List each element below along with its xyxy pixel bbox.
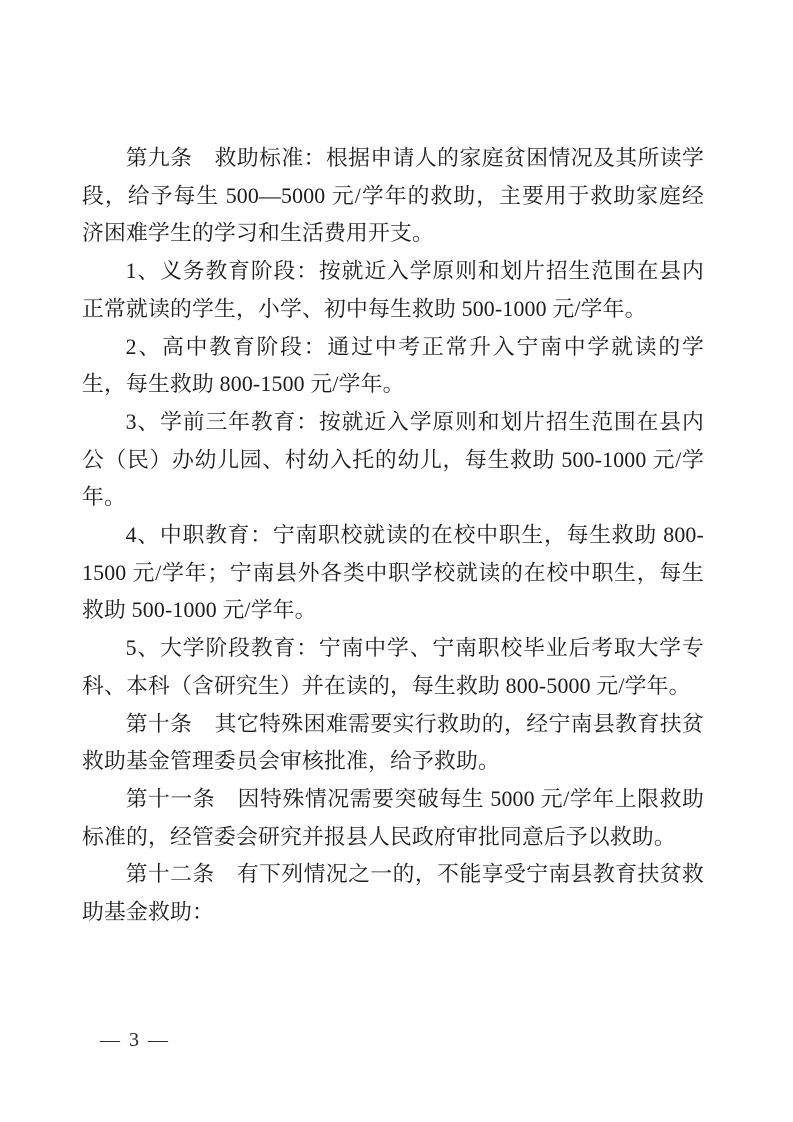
paragraph-article-9: 第九条 救助标准：根据申请人的家庭贫困情况及其所读学段，给予每生 500—500… — [82, 140, 704, 253]
paragraph-item-4: 4、中职教育：宁南职校就读的在校中职生，每生救助 800-1500 元/学年；宁… — [82, 517, 704, 630]
page-number: — 3 — — [100, 1028, 170, 1052]
paragraph-item-5: 5、大学阶段教育：宁南中学、宁南职校毕业后考取大学专科、本科（含研究生）并在读的… — [82, 630, 704, 705]
paragraph-article-12: 第十二条 有下列情况之一的，不能享受宁南县教育扶贫救助基金救助： — [82, 856, 704, 931]
paragraph-article-11: 第十一条 因特殊情况需要突破每生 5000 元/学年上限救助标准的，经管委会研究… — [82, 781, 704, 856]
document-page: 第九条 救助标准：根据申请人的家庭贫困情况及其所读学段，给予每生 500—500… — [0, 0, 793, 1122]
paragraph-item-1: 1、义务教育阶段：按就近入学原则和划片招生范围在县内正常就读的学生，小学、初中每… — [82, 253, 704, 328]
paragraph-item-3: 3、学前三年教育：按就近入学原则和划片招生范围在县内公（民）办幼儿园、村幼入托的… — [82, 404, 704, 517]
document-body: 第九条 救助标准：根据申请人的家庭贫困情况及其所读学段，给予每生 500—500… — [82, 140, 704, 932]
paragraph-article-10: 第十条 其它特殊困难需要实行救助的，经宁南县教育扶贫救助基金管理委员会审核批准，… — [82, 706, 704, 781]
paragraph-item-2: 2、高中教育阶段：通过中考正常升入宁南中学就读的学生，每生救助 800-1500… — [82, 329, 704, 404]
